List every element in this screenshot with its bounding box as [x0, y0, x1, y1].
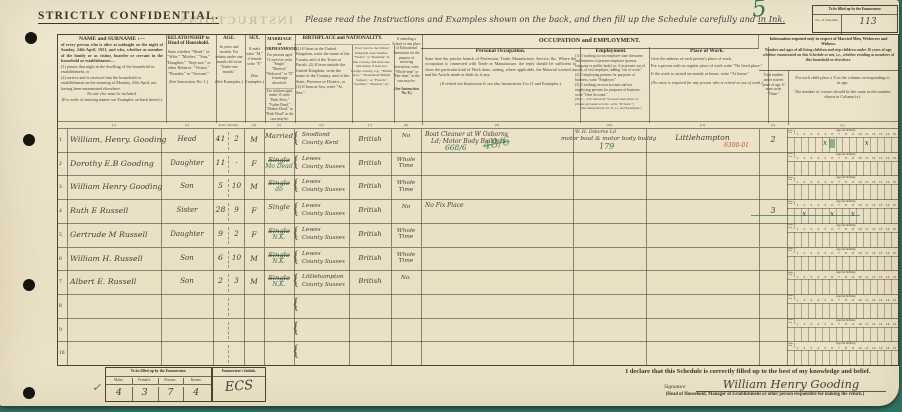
- sex-entry: [244, 319, 264, 325]
- children-age-grid: Under OneAge last birthday.1234567891011…: [787, 295, 898, 319]
- marriage-correction-green: N.K.: [264, 281, 294, 288]
- column-footer-marker: (9): [421, 123, 573, 127]
- grid-age-label: 11: [863, 322, 870, 326]
- grid-age-label: 15: [891, 275, 898, 279]
- marriage-entry: [264, 295, 294, 298]
- schedule-number-value: 113: [843, 17, 893, 27]
- relationship-entry: [161, 295, 213, 301]
- header-info-band: Information required only in respect of …: [759, 35, 898, 71]
- age-column-note: (See Examples.): [214, 79, 244, 84]
- grid-age-label: 3: [808, 156, 815, 160]
- birthplace-brace: {: [292, 249, 300, 267]
- grid-cells: [787, 232, 898, 248]
- nationality-entry: [349, 342, 391, 348]
- crosses-head2: The number of crosses should be the same…: [793, 89, 892, 100]
- grid-age-label: 4: [815, 322, 822, 326]
- total-children-entry: 3: [759, 200, 787, 215]
- cell-nat: British: [349, 129, 392, 153]
- employment-code-green: 179: [599, 142, 614, 151]
- children-age-grid: Under OneAge last birthday.1234567891011…: [787, 342, 898, 366]
- grid-age-label: 15: [891, 180, 898, 184]
- children-age-grid: Under OneAge last birthday.1234567891011…: [787, 153, 898, 177]
- header-employment: Employment. (1) If working for an employ…: [573, 47, 650, 123]
- grid-age-label: 11: [863, 346, 870, 350]
- cell-total: [759, 153, 788, 177]
- grid-age-label: 7: [836, 346, 843, 350]
- punch-hole-2: [23, 134, 35, 146]
- grid-age-label: 12: [870, 132, 877, 136]
- grid-age-label: 7: [836, 227, 843, 231]
- nationality-entry: British: [349, 153, 391, 167]
- column-footer-marker: (7): [349, 123, 391, 127]
- grid-age-label: 5: [822, 180, 829, 184]
- cell-total: [759, 224, 788, 248]
- children-age-grid: Under OneAge last birthday.1234567891011…: [787, 129, 898, 153]
- enumerator-col-label: Females.: [132, 378, 159, 384]
- birthplace-brace: {: [292, 177, 300, 195]
- grid-age-label: 4: [815, 275, 822, 279]
- header-age-column: AGE. In years and months. For infants un…: [213, 35, 246, 123]
- cell-name: [67, 342, 162, 366]
- grid-age-label: 13: [877, 275, 884, 279]
- nationality-entry: British: [349, 200, 391, 214]
- grid-age-label: 2: [801, 132, 808, 136]
- column-footer-marker: (2): [161, 123, 213, 127]
- age-months-entry: 9: [229, 205, 244, 214]
- cell-bp: {LewesCounty Sussex: [294, 248, 350, 272]
- grid-age-label: 15: [891, 251, 898, 255]
- total-children-entry: 2: [759, 129, 787, 144]
- grid-age-label: 1: [794, 322, 801, 326]
- cell-name: [67, 319, 162, 343]
- grid-age-label: 10: [856, 322, 863, 326]
- cell-age: [213, 319, 245, 343]
- cell-age: 610: [213, 248, 245, 272]
- cell-sex: F: [244, 153, 265, 177]
- school-entry: Whole Time: [391, 224, 421, 241]
- grid-age-label: 9: [849, 275, 856, 279]
- enumerator-col-value: 3: [132, 387, 159, 401]
- grid-age-label: 10: [856, 203, 863, 207]
- cell-rel: [161, 319, 214, 343]
- header-total-children: Total number under sixteen years of age.…: [759, 71, 789, 125]
- marriage-entry: Married: [264, 129, 294, 140]
- total-children-head: Total number under sixteen years of age.…: [760, 73, 787, 97]
- birthplace-brace: {: [292, 272, 300, 290]
- grid-age-label: 10: [856, 298, 863, 302]
- employment-line1: W. H. Osborne Ld: [575, 130, 616, 135]
- name-entry: Ruth E Russell: [67, 200, 161, 215]
- cell-occ: [421, 153, 574, 177]
- grid-cell: [891, 327, 898, 343]
- name-entry: [67, 319, 161, 325]
- enumerator-summary-title: To be filled up by the Enumerator.: [106, 368, 211, 377]
- grid-cells: [787, 350, 898, 366]
- grid-age-label: 2: [801, 298, 808, 302]
- age-years-entry: 11: [213, 158, 228, 167]
- cell-name: [67, 295, 162, 319]
- info-band-title: Information required only in respect of …: [762, 36, 895, 46]
- grid-cells: xx: [787, 137, 898, 153]
- children-age-grid: Under OneAge last birthday.1234567891011…: [787, 319, 898, 343]
- cell-occ: Boat Cleaner at W OsbornsLd; Motor Body …: [421, 129, 574, 153]
- header-school-column: If attending a School or any place of Ed…: [391, 35, 423, 125]
- cell-emp: [573, 200, 647, 224]
- grid-age-label: 12: [870, 346, 877, 350]
- school-entry: No: [391, 200, 421, 211]
- birthplace-line2: County Sussex: [302, 282, 345, 288]
- table-row: 2Dorothy E.B GoodingDaughter11·FSingleMo…: [58, 152, 898, 177]
- grid-age-label: 4: [815, 298, 822, 302]
- cell-rel: Son: [161, 176, 214, 200]
- cell-place: [646, 176, 760, 200]
- grid-cell: [891, 137, 898, 153]
- grid-age-label: 7: [836, 275, 843, 279]
- sex-column-title: SEX.: [245, 36, 264, 41]
- cell-emp: [573, 153, 647, 177]
- cell-total: [759, 295, 788, 319]
- age-years-entry: 6: [213, 253, 228, 262]
- grid-age-label: 15: [891, 346, 898, 350]
- birthplace-brace: {: [292, 154, 300, 172]
- employment-body2: (2) If employing persons for purposes of…: [575, 73, 647, 83]
- table-row: 9{Under OneAge last birthday.12345678910…: [58, 318, 898, 343]
- table-row: 6William H. RussellSon610MSingleN.K.{Lew…: [58, 247, 898, 272]
- school-entry: No: [391, 129, 421, 140]
- employment-note1: (Note.—For Domestic Servants and others …: [575, 97, 647, 106]
- grid-age-label: 9: [849, 251, 856, 255]
- cell-emp: W. H. Osborne Ldmotor boat & motor body …: [573, 129, 647, 153]
- cell-marr: [264, 342, 295, 366]
- grid-age-label: 8: [843, 156, 850, 160]
- sex-entry: [244, 295, 264, 301]
- grid-age-label: 1: [794, 275, 801, 279]
- age-column-title: AGE.: [214, 36, 244, 41]
- nationality-entry: British: [349, 248, 391, 262]
- cell-name: William Henry Gooding: [67, 176, 162, 200]
- census-scan: { "page": { "confidential": "STRICTLY CO…: [0, 0, 902, 412]
- grid-age-label: 1: [794, 251, 801, 255]
- cell-marr: Singledo: [264, 176, 295, 200]
- enumerator-col-label: Rooms.: [183, 378, 209, 384]
- grid-age-label: 10: [856, 180, 863, 184]
- grid-age-label: 15: [891, 132, 898, 136]
- cell-school: No: [391, 129, 422, 153]
- crosses-head1: For each child place a X in the column c…: [793, 75, 892, 86]
- grid-age-label: 4: [815, 156, 822, 160]
- grid-age-label: 14: [884, 346, 891, 350]
- grid-age-label: 13: [877, 322, 884, 326]
- cell-name: Ruth E Russell: [67, 200, 162, 224]
- total-children-entry: [759, 271, 787, 277]
- marriage-correction-green: N.K.: [264, 258, 294, 265]
- name-entry: Gertrude M Russell: [67, 224, 161, 239]
- children-age-grid: Under OneAge last birthday.1234567891011…: [787, 224, 898, 248]
- cell-bp: {LittlehamptonCounty Sussex: [294, 271, 350, 295]
- relationship-entry: Son: [161, 271, 213, 285]
- table-row: 3William Henry GoodingSon510MSingledo{Le…: [58, 175, 898, 200]
- nationality-entry: [349, 319, 391, 325]
- grid-age-label: 12: [870, 156, 877, 160]
- cell-total: [759, 342, 788, 366]
- grid-age-label: 9: [849, 180, 856, 184]
- sex-entry: M: [244, 176, 264, 191]
- relationship-entry: Daughter: [161, 224, 213, 238]
- grid-age-label: 1: [794, 227, 801, 231]
- grid-age-label: 13: [877, 251, 884, 255]
- cell-place: Littlehampton6300-01: [646, 129, 760, 153]
- grid-age-label: 5: [822, 346, 829, 350]
- school-entry: [391, 342, 421, 346]
- grid-age-label: 1: [794, 203, 801, 207]
- signature-note: (Head of Household, Manager of Establish…: [632, 392, 898, 397]
- name-entry: William, Henry. Gooding: [67, 129, 161, 144]
- grid-age-label: 14: [884, 322, 891, 326]
- grid-age-label: 8: [843, 251, 850, 255]
- marriage-correction-green: N.K.: [264, 234, 294, 241]
- grid-cells: [787, 327, 898, 343]
- grid-age-label: 13: [877, 227, 884, 231]
- personal-occupation-body: State here the precise branch of Profess…: [425, 56, 576, 78]
- grid-age-label: 6: [829, 275, 836, 279]
- relationship-entry: Head: [161, 129, 213, 143]
- name-column-item1: (1) passes that night in the dwelling of…: [61, 64, 163, 75]
- cell-school: Whole Time: [391, 224, 422, 248]
- cell-sex: [244, 319, 265, 343]
- grid-cells: [787, 184, 898, 200]
- grid-age-label: 5: [822, 203, 829, 207]
- age-divider: [228, 322, 229, 340]
- cell-marr: SingleN.K.: [264, 248, 295, 272]
- school-column-body: If attending a School or any place of Ed…: [392, 37, 421, 84]
- place-of-work-title: Place of Work.: [651, 48, 763, 54]
- grid-age-label: 1: [794, 132, 801, 136]
- grid-age-label: 11: [863, 132, 870, 136]
- total-children-entry: [759, 176, 787, 182]
- cell-rel: [161, 342, 214, 366]
- sex-column-body: If male write "M," if female write "F.": [245, 47, 264, 67]
- header-personal-occupation: Personal Occupation. State here the prec…: [421, 47, 581, 123]
- child-age-green-block: [829, 139, 834, 148]
- grid-age-label: 15: [891, 203, 898, 207]
- sex-entry: M: [244, 271, 264, 286]
- cell-school: Whole Time: [391, 248, 422, 272]
- cell-emp: [573, 295, 647, 319]
- grid-age-label: 1: [794, 180, 801, 184]
- marriage-entry: [264, 319, 294, 322]
- grid-age-label: 7: [836, 156, 843, 160]
- grid-age-label: 3: [808, 298, 815, 302]
- cell-age: 92: [213, 224, 245, 248]
- relationship-column-body: State whether "Head," or "Wife," "Mother…: [163, 49, 214, 76]
- cell-emp: [573, 176, 647, 200]
- cell-bp: {LewesCounty Sussex: [294, 176, 350, 200]
- grid-cells: [787, 256, 898, 272]
- column-footer-marker: Years. Months.: [213, 123, 244, 127]
- grid-age-label: 2: [801, 203, 808, 207]
- marriage-entry: Single: [264, 200, 294, 211]
- children-age-grid: Under OneAge last birthday.1234567891011…: [787, 271, 898, 295]
- declaration-text: I declare that this Schedule is correctl…: [598, 368, 898, 375]
- name-entry: Albert E. Russell: [67, 271, 161, 286]
- grid-age-label: 12: [870, 251, 877, 255]
- enumerator-col-value: 4: [183, 387, 209, 401]
- cell-place: [646, 319, 760, 343]
- occupation-scrawl-green: 48/6: [482, 134, 511, 152]
- grid-age-label: 10: [856, 132, 863, 136]
- grid-age-label: 8: [843, 346, 850, 350]
- cell-occ: [421, 342, 574, 366]
- age-years-entry: 5: [213, 181, 228, 190]
- sex-entry: F: [244, 224, 264, 239]
- grid-age-label: 2: [801, 322, 808, 326]
- enumerator-schedule-box: To be filled up by the Enumerator. No. o…: [812, 5, 898, 33]
- grid-age-label: 2: [801, 227, 808, 231]
- grid-age-label: 7: [836, 298, 843, 302]
- row-number: 5: [58, 224, 67, 238]
- enumerator-box-title: To be filled up by the Enumerator.: [813, 6, 897, 15]
- grid-age-label: 10: [856, 156, 863, 160]
- name-entry: Dorothy E.B Gooding: [67, 153, 161, 168]
- grid-age-label: 10: [856, 346, 863, 350]
- cell-rel: [161, 295, 214, 319]
- school-entry: Whole Time: [391, 153, 421, 170]
- grid-age-label: 5: [822, 227, 829, 231]
- name-column-note2: (For order of entering names see Example…: [61, 97, 163, 102]
- signature-label: Signature: [664, 384, 686, 390]
- grid-age-label: 12: [870, 227, 877, 231]
- birthplace-line1: Lewes: [302, 179, 321, 185]
- cell-rel: Head: [161, 129, 214, 153]
- cell-bp: {LewesCounty Sussex: [294, 153, 350, 177]
- grid-age-label: 12: [870, 180, 877, 184]
- header-marriage-column: MARRIAGE or ORPHANHOOD. For persons aged…: [264, 35, 296, 123]
- grid-age-label: 3: [808, 251, 815, 255]
- grid-age-label: 8: [843, 180, 850, 184]
- grid-age-label: 13: [877, 298, 884, 302]
- column-footer-marker: (4): [244, 123, 264, 127]
- table-row: 4Ruth E RussellSister289FSingle{LewesCou…: [58, 199, 898, 224]
- grid-age-label: 12: [870, 322, 877, 326]
- nationality-entry: British: [349, 224, 391, 238]
- grid-age-label: 15: [891, 322, 898, 326]
- cell-occ: No Fix Place: [421, 200, 574, 224]
- cell-emp: [573, 342, 647, 366]
- cell-marr: SingleMo Dead: [264, 153, 295, 177]
- place-of-work-note: (No entry is required for any person who…: [651, 80, 763, 85]
- cell-name: Dorothy E.B Gooding: [67, 153, 162, 177]
- birthplace-brace: {: [292, 343, 300, 361]
- age-months-entry: ·: [229, 158, 244, 167]
- cell-age: 412: [213, 129, 245, 153]
- grid-age-label: 4: [815, 132, 822, 136]
- cell-bp: {LewesCounty Sussex: [294, 224, 350, 248]
- grid-age-label: 13: [877, 180, 884, 184]
- cell-name: Albert E. Russell: [67, 271, 162, 295]
- total-children-entry: [759, 248, 787, 254]
- cell-occ: [421, 271, 574, 295]
- age-months-entry: 2: [229, 134, 244, 143]
- grid-age-label: 6: [829, 180, 836, 184]
- birthplace-line2: County Sussex: [302, 211, 345, 217]
- row-number: 10: [58, 342, 67, 356]
- total-children-entry: [759, 295, 787, 301]
- birthplace-nationality-divider: [294, 44, 390, 45]
- cell-age: [213, 295, 245, 319]
- grid-cell: [891, 303, 898, 319]
- birthplace-line1: Snodland: [302, 132, 330, 138]
- enumerator-initials-value: ECS: [213, 377, 266, 396]
- relationship-entry: [161, 342, 213, 348]
- grid-age-label: 9: [849, 227, 856, 231]
- grid-age-label: 6: [829, 251, 836, 255]
- enumerator-col-label: Persons.: [158, 378, 185, 384]
- instruction-text: Please read the Instructions and Example…: [305, 14, 758, 24]
- place-of-work-body3: If the work is carried on mainly at home…: [651, 71, 763, 76]
- cell-rel: Daughter: [161, 224, 214, 248]
- name-entry: [67, 342, 161, 348]
- name-column-body: of every person who is alive at midnight…: [61, 42, 163, 64]
- grid-age-label: 15: [891, 298, 898, 302]
- enumerator-col-value: 7: [158, 387, 185, 401]
- birthplace-brace: {: [292, 320, 300, 338]
- school-entry: [391, 319, 421, 323]
- school-entry: Whole Time: [391, 248, 421, 265]
- grid-age-label: 11: [863, 180, 870, 184]
- row-number: 6: [58, 248, 67, 262]
- cell-sex: M: [244, 176, 265, 200]
- grid-age-label: 6: [829, 346, 836, 350]
- cell-school: [391, 319, 422, 343]
- name-entry: [67, 295, 161, 301]
- sex-entry: F: [244, 153, 264, 168]
- cell-bp: {: [294, 295, 350, 319]
- birthplace-line2: County Sussex: [302, 164, 345, 170]
- grid-age-label: 7: [836, 322, 843, 326]
- cell-age: 11·: [213, 153, 245, 177]
- age-years-entry: 2: [213, 276, 228, 285]
- grid-age-label: 4: [815, 203, 822, 207]
- enumerator-green-line: [751, 215, 860, 216]
- punch-hole-1: [25, 32, 37, 44]
- grid-age-label: 6: [829, 298, 836, 302]
- sex-entry: M: [244, 248, 264, 263]
- cell-place: [646, 153, 760, 177]
- table-row: 1William, Henry. GoodingHead412MMarried{…: [58, 128, 898, 153]
- nationality-column-body: If not born in the United Kingdom state …: [351, 46, 392, 87]
- table-row: 10{Under OneAge last birthday.1234567891…: [58, 341, 898, 366]
- grid-age-label: 8: [843, 203, 850, 207]
- grid-age-label: 5: [822, 156, 829, 160]
- grid-age-label: 14: [884, 156, 891, 160]
- grid-age-label: 7: [836, 203, 843, 207]
- grid-age-label: 2: [801, 346, 808, 350]
- total-children-entry: [759, 342, 787, 348]
- grid-age-label: 11: [863, 298, 870, 302]
- birthplace-line2: County Kent: [302, 140, 339, 146]
- row-number: 1: [58, 129, 67, 143]
- grid-age-label: 13: [877, 346, 884, 350]
- schedule-number-label: No. of Schedule.: [813, 15, 842, 35]
- birthplace-brace: {: [292, 225, 300, 243]
- cell-sex: M: [244, 248, 265, 272]
- cell-total: [759, 271, 788, 295]
- grid-age-label: 9: [849, 156, 856, 160]
- cell-sex: F: [244, 200, 265, 224]
- cell-marr: [264, 295, 295, 319]
- cell-age: 23: [213, 271, 245, 295]
- cell-age: 289: [213, 200, 245, 224]
